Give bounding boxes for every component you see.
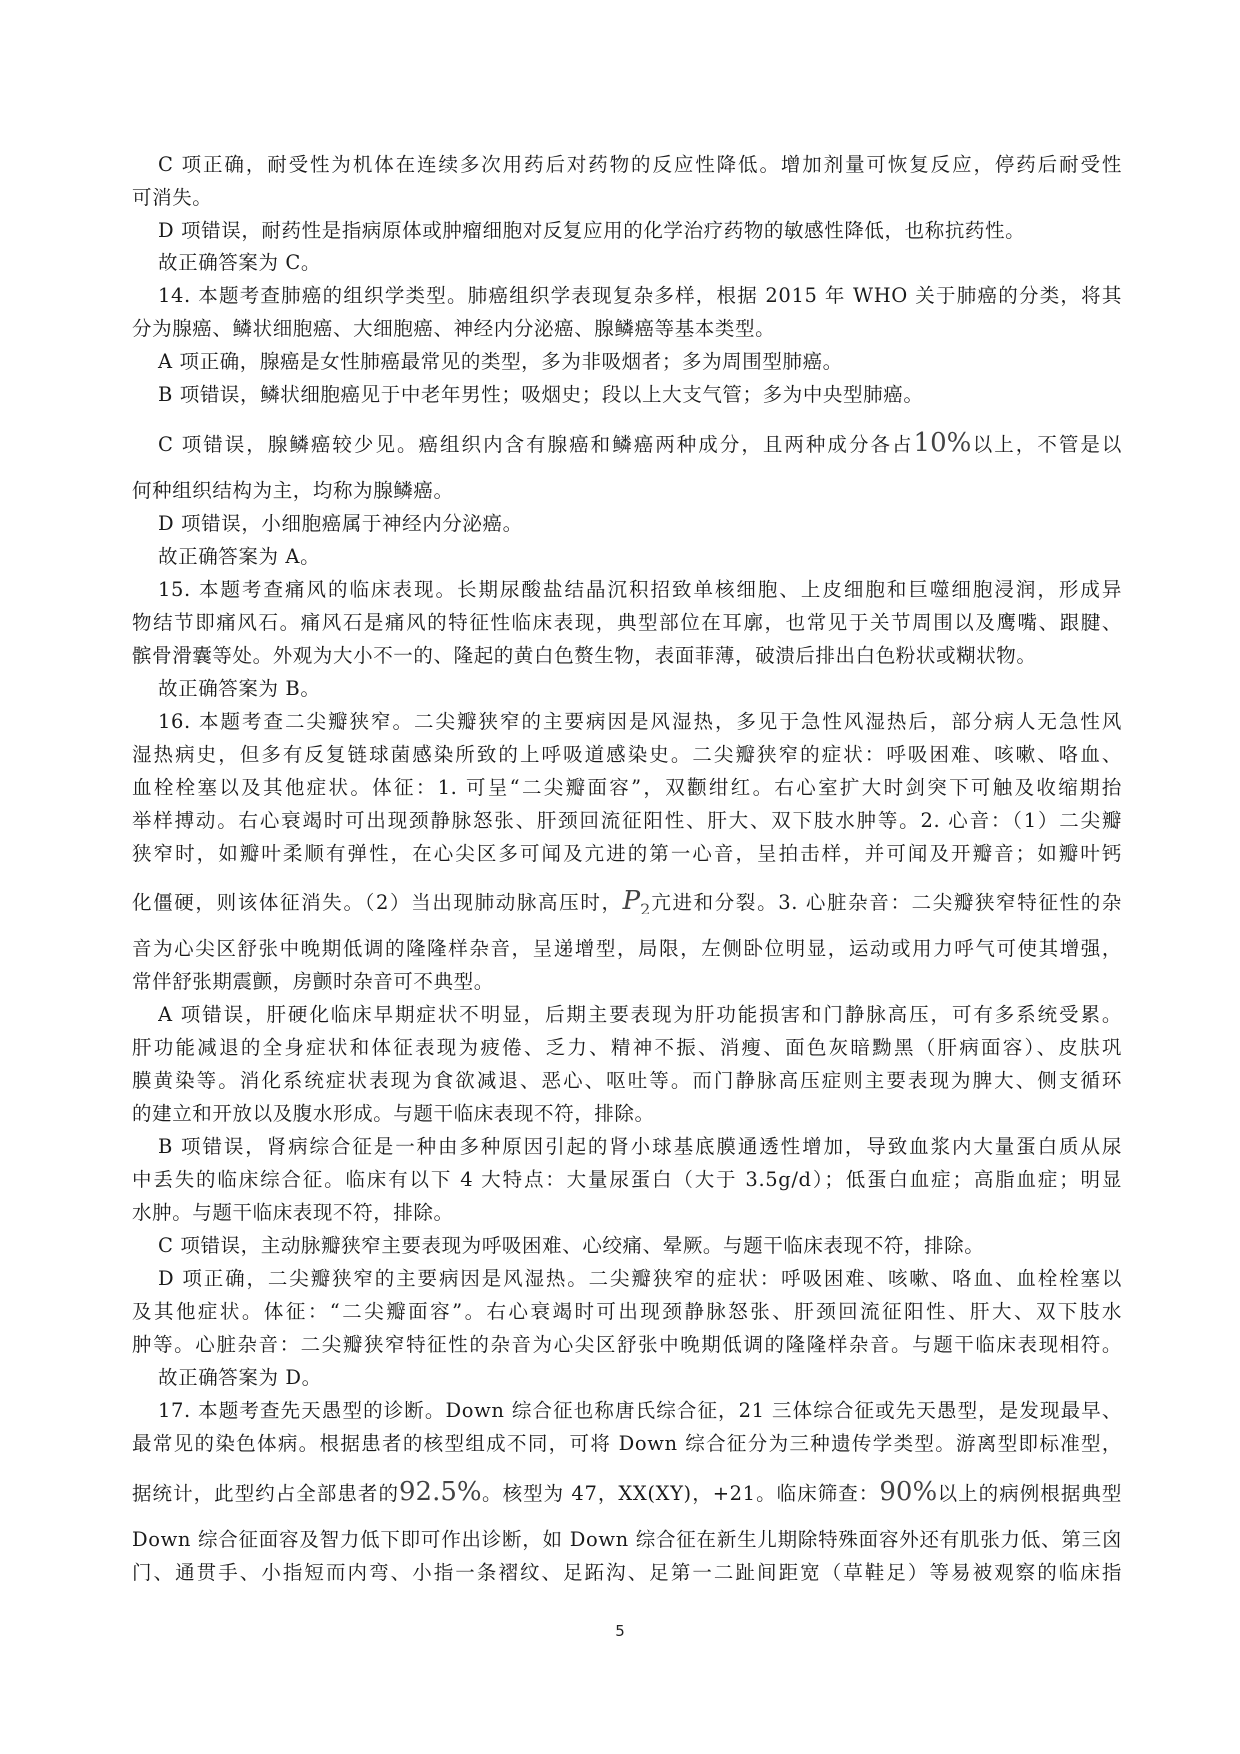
text-line: 分为腺癌、鳞状细胞癌、大细胞癌、神经内分泌癌、腺鳞癌等基本类型。: [132, 316, 1122, 342]
text-line: 音为心尖区舒张中晚期低调的隆隆样杂音，呈递增型，局限，左侧卧位明显，运动或用力呼…: [132, 936, 1122, 962]
percentage-value: 10%: [914, 430, 972, 456]
text-line: 常伴舒张期震颤，房颤时杂音可不典型。: [132, 969, 1122, 995]
question-14-line: 14. 本题考查肺癌的组织学类型。肺癌组织学表现复杂多样，根据 2015 年 W…: [158, 283, 1122, 309]
text-line: 肝功能减退的全身症状和体征表现为疲倦、乏力、精神不振、消瘦、面色灰暗黝黑（肝病面…: [132, 1035, 1122, 1061]
text-line: D 项错误，耐药性是指病原体或肿瘤细胞对反复应用的化学治疗药物的敏感性降低，也称…: [158, 218, 1122, 244]
text-run: 据统计，此型约占全部患者的: [132, 1482, 399, 1505]
text-line: 可消失。: [132, 185, 1122, 211]
text-line: 举样搏动。右心衰竭时可出现颈静脉怒张、肝颈回流征阳性、肝大、双下肢水肿等。2. …: [132, 808, 1122, 834]
question-17-line: 17. 本题考查先天愚型的诊断。Down 综合征也称唐氏综合征，21 三体综合征…: [158, 1398, 1122, 1424]
text-line: 肿等。心脏杂音：二尖瓣狭窄特征性的杂音为心尖区舒张中晚期低调的隆隆样杂音。与题干…: [132, 1332, 1122, 1358]
text-line: 物结节即痛风石。痛风石是痛风的特征性临床表现，典型部位在耳廓，也常见于关节周围以…: [132, 610, 1122, 636]
document-page: C 项正确，耐受性为机体在连续多次用药后对药物的反应性降低。增加剂量可恢复反应，…: [0, 0, 1240, 1754]
question-16-line: 16. 本题考查二尖瓣狭窄。二尖瓣狭窄的主要病因是风湿热，多见于急性风湿热后，部…: [158, 709, 1122, 735]
text-line: 湿热病史，但多有反复链球菌感染所致的上呼吸道感染史。二尖瓣狭窄的症状：呼吸困难、…: [132, 742, 1122, 768]
text-line: 膜黄染等。消化系统症状表现为食欲减退、恶心、呕吐等。而门静脉高压症则主要表现为脾…: [132, 1068, 1122, 1094]
text-line: 中丢失的临床综合征。临床有以下 4 大特点：大量尿蛋白（大于 3.5g/d）；低…: [132, 1167, 1122, 1193]
text-line: 何种组织结构为主，均称为腺鳞癌。: [132, 478, 1122, 504]
text-line: C 项正确，耐受性为机体在连续多次用药后对药物的反应性降低。增加剂量可恢复反应，…: [158, 152, 1122, 178]
answer-line: 故正确答案为 D。: [158, 1365, 1122, 1391]
subscript-2: 2: [640, 900, 650, 914]
text-run: 。核型为 47，XX(XY)，+21。临床筛查：: [482, 1482, 880, 1505]
p2-symbol: P2: [623, 888, 651, 914]
text-line: 化僵硬，则该体征消失。（2）当出现肺动脉高压时，P2亢进和分裂。3. 心脏杂音：…: [132, 888, 1122, 914]
percentage-value: 92.5%: [399, 1479, 482, 1505]
text-line: C 项错误，腺鳞癌较少见。癌组织内含有腺癌和鳞癌两种成分，且两种成分各占10%以…: [158, 430, 1122, 456]
text-run: 化僵硬，则该体征消失。（2）当出现肺动脉高压时，: [132, 891, 623, 914]
text-line: D 项错误，小细胞癌属于神经内分泌癌。: [158, 511, 1122, 537]
text-run: 亢进和分裂。3. 心脏杂音：二尖瓣狭窄特征性的杂: [650, 891, 1122, 914]
p-letter: P: [623, 888, 641, 914]
text-line: 髌骨滑囊等处。外观为大小不一的、隆起的黄白色赘生物，表面菲薄，破溃后排出白色粉状…: [132, 643, 1122, 669]
text-line: D 项正确，二尖瓣狭窄的主要病因是风湿热。二尖瓣狭窄的症状：呼吸困难、咳嗽、咯血…: [158, 1266, 1122, 1292]
answer-line: 故正确答案为 B。: [158, 676, 1122, 702]
question-15-line: 15. 本题考查痛风的临床表现。长期尿酸盐结晶沉积招致单核细胞、上皮细胞和巨噬细…: [158, 577, 1122, 603]
page-number: 5: [0, 1622, 1240, 1640]
text-line: 据统计，此型约占全部患者的92.5%。核型为 47，XX(XY)，+21。临床筛…: [132, 1479, 1122, 1505]
text-line: 狭窄时，如瓣叶柔顺有弹性，在心尖区多可闻及亢进的第一心音，呈拍击样，并可闻及开瓣…: [132, 841, 1122, 867]
text-line: 血栓栓塞以及其他症状。体征：1. 可呈“二尖瓣面容”，双颧绀红。右心室扩大时剑突…: [132, 775, 1122, 801]
answer-line: 故正确答案为 A。: [158, 544, 1122, 570]
text-line: 及其他症状。体征：“二尖瓣面容”。右心衰竭时可出现颈静脉怒张、肝颈回流征阳性、肝…: [132, 1299, 1122, 1325]
text-run: 以上，不管是以: [971, 433, 1122, 456]
text-line: A 项正确，腺癌是女性肺癌最常见的类型，多为非吸烟者；多为周围型肺癌。: [158, 349, 1122, 375]
text-run: C 项错误，腺鳞癌较少见。癌组织内含有腺癌和鳞癌两种成分，且两种成分各占: [158, 433, 914, 456]
text-line: 最常见的染色体病。根据患者的核型组成不同，可将 Down 综合征分为三种遗传学类…: [132, 1431, 1122, 1457]
text-line: 门、通贯手、小指短而内弯、小指一条褶纹、足跖沟、足第一二趾间距宽（草鞋足）等易被…: [132, 1560, 1122, 1586]
text-line: B 项错误，肾病综合征是一种由多种原因引起的肾小球基底膜通透性增加，导致血浆内大…: [158, 1134, 1122, 1160]
percentage-value: 90%: [879, 1479, 937, 1505]
text-line: 水肿。与题干临床表现不符，排除。: [132, 1200, 1122, 1226]
text-line: A 项错误，肝硬化临床早期症状不明显，后期主要表现为肝功能损害和门静脉高压，可有…: [158, 1002, 1122, 1028]
answer-line: 故正确答案为 C。: [158, 250, 1122, 276]
text-line: B 项错误，鳞状细胞癌见于中老年男性；吸烟史；段以上大支气管；多为中央型肺癌。: [158, 382, 1122, 408]
text-line: C 项错误，主动脉瓣狭窄主要表现为呼吸困难、心绞痛、晕厥。与题干临床表现不符，排…: [158, 1233, 1122, 1259]
text-line: 的建立和开放以及腹水形成。与题干临床表现不符，排除。: [132, 1101, 1122, 1127]
text-line: Down 综合征面容及智力低下即可作出诊断，如 Down 综合征在新生儿期除特殊…: [132, 1527, 1122, 1553]
